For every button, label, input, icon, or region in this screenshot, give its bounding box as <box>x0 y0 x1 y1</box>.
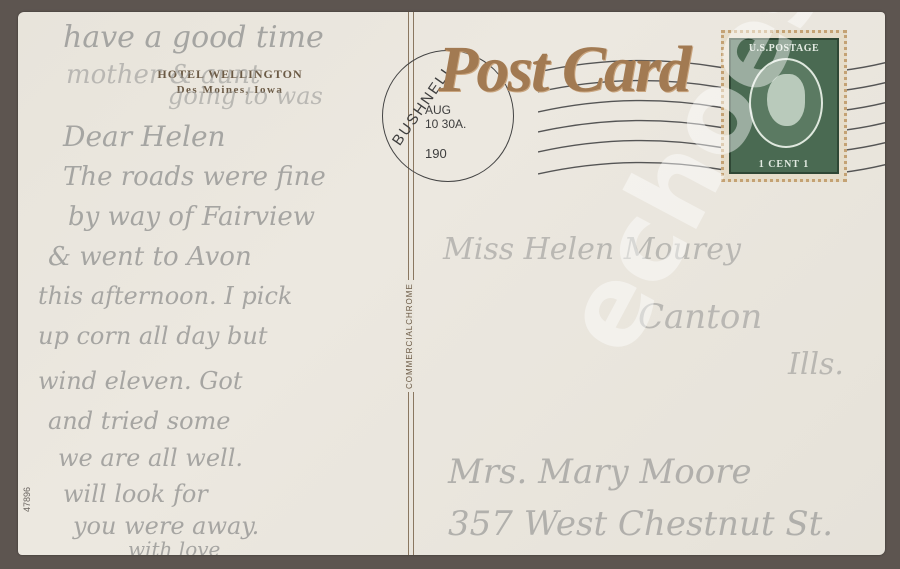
message-line: & went to Avon <box>48 242 252 272</box>
message-line: will look for <box>63 480 208 508</box>
message-line: with love <box>128 537 220 555</box>
message-line: wind eleven. Got <box>38 367 243 395</box>
sender-address: 357 West Chestnut St. <box>448 504 833 544</box>
postcard: HOTEL WELLINGTON Des Moines, Iowa have a… <box>18 12 885 555</box>
stamp-denomination: 1 CENT 1 <box>731 159 837 170</box>
sender-name: Mrs. Mary Moore <box>448 452 752 492</box>
recipient-name: Miss Helen Mourey <box>443 232 741 267</box>
portrait-icon <box>749 58 823 148</box>
recipient-city: Canton <box>638 297 762 337</box>
recipient-state: Ills. <box>788 347 844 382</box>
message-line: The roads were fine <box>63 162 326 192</box>
postage-stamp: U.S.POSTAGE 1 CENT 1 <box>721 30 847 182</box>
message-line: by way of Fairview <box>68 202 315 232</box>
postmark-year: 190 <box>425 146 447 161</box>
message-line: you were away. <box>73 512 259 540</box>
message-line: and tried some <box>48 407 230 435</box>
print-number: 47896 <box>22 487 32 512</box>
message-line: Dear Helen <box>63 120 226 153</box>
message-line: this afternoon. I pick <box>38 282 292 310</box>
publisher-imprint: COMMERCIALCHROME <box>405 280 414 392</box>
postcard-heading: Post Card <box>438 32 690 108</box>
message-line: going to was <box>168 82 323 110</box>
message-line: have a good time <box>63 20 324 55</box>
message-line: up corn all day but <box>38 322 268 350</box>
stamp-top-text: U.S.POSTAGE <box>731 40 837 54</box>
message-line: we are all well. <box>58 444 243 472</box>
